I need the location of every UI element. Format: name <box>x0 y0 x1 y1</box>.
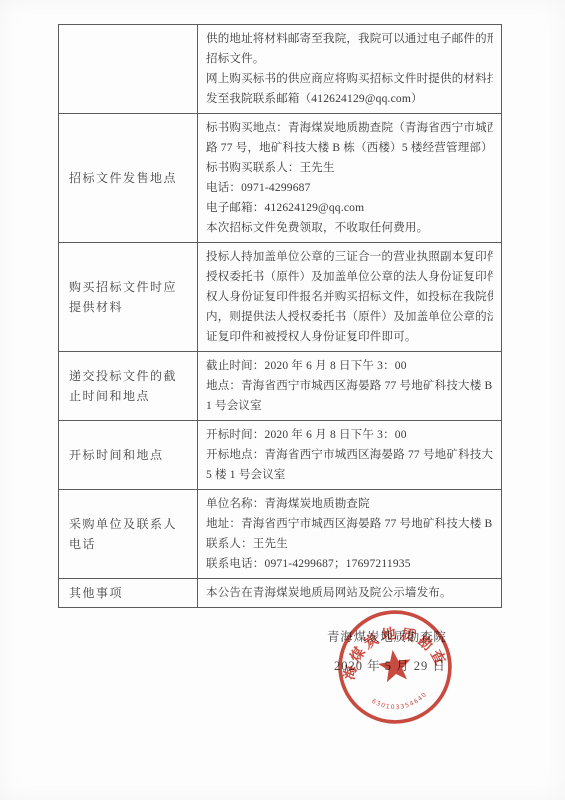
content-line: 供的地址将材料邮寄至我院，我院可以通过电子邮件的形式发放 <box>206 29 493 49</box>
row-content-cell: 截止时间：2020 年 6 月 8 日下午 3：00地点：青海省西宁市城西区海晏… <box>198 352 502 421</box>
table-row: 递交投标文件的截止时间和地点截止时间：2020 年 6 月 8 日下午 3：00… <box>59 352 502 421</box>
content-line: 本次招标文件免费领取，不收取任何费用。 <box>206 218 493 238</box>
row-content-cell: 供的地址将材料邮寄至我院，我院可以通过电子邮件的形式发放招标文件。网上购买标书的… <box>198 25 502 114</box>
content-line: 网上购买标书的供应商应将购买招标文件时提供的材料扫描后 <box>206 69 493 89</box>
content-line: 5 楼 1 号会议室 <box>206 465 493 485</box>
row-label: 开标时间和地点 <box>69 445 187 465</box>
content-line: 权人身份证复印件报名并购买招标文件，如投标在我院供应商库 <box>206 287 493 307</box>
content-line: 内，则提供法人授权委托书（原件）及加盖单位公章的法人身份 <box>206 307 493 327</box>
content-line: 发至我院联系邮箱（412624129@qq.com） <box>206 89 493 109</box>
table-row: 招标文件发售地点标书购买地点：青海煤炭地质勘查院（青海省西宁市城西区海晏路 77… <box>59 114 502 243</box>
content-line: 开标地点：青海省西宁市城西区海晏路 77 号地矿科技大楼 B 栋 <box>206 445 493 465</box>
content-line: 电子邮箱：412624129@qq.com <box>206 198 493 218</box>
content-line: 单位名称：青海煤炭地质勘查院 <box>206 494 493 514</box>
row-label-cell: 其他事项 <box>59 579 198 608</box>
content-line: 投标人持加盖单位公章的三证合一的营业执照副本复印件，法人 <box>206 247 493 267</box>
tender-announcement-table: 供的地址将材料邮寄至我院，我院可以通过电子邮件的形式发放招标文件。网上购买标书的… <box>58 24 502 608</box>
row-label: 购买招标文件时应提供材料 <box>69 277 187 317</box>
row-content-cell: 开标时间：2020 年 6 月 8 日下午 3：00开标地点：青海省西宁市城西区… <box>198 421 502 490</box>
content-line: 开标时间：2020 年 6 月 8 日下午 3：00 <box>206 425 493 445</box>
content-line: 授权委托书（原件）及加盖单位公章的法人身份证复印件和被授 <box>206 267 493 287</box>
table-row: 供的地址将材料邮寄至我院，我院可以通过电子邮件的形式发放招标文件。网上购买标书的… <box>59 25 502 114</box>
seal-star-icon <box>376 648 413 683</box>
row-content-cell: 投标人持加盖单位公章的三证合一的营业执照副本复印件，法人授权委托书（原件）及加盖… <box>198 243 502 352</box>
content-line: 1 号会议室 <box>206 396 493 416</box>
content-line: 联系人：王先生 <box>206 534 493 554</box>
content-line: 招标文件。 <box>206 49 493 69</box>
row-label-cell: 购买招标文件时应提供材料 <box>59 243 198 352</box>
scanned-document-page: 供的地址将材料邮寄至我院，我院可以通过电子邮件的形式发放招标文件。网上购买标书的… <box>0 0 565 800</box>
row-label-cell <box>59 25 198 114</box>
announcement-table-body: 供的地址将材料邮寄至我院，我院可以通过电子邮件的形式发放招标文件。网上购买标书的… <box>59 25 502 608</box>
seal-code-text: 630103354640 <box>370 690 431 715</box>
row-label-cell: 递交投标文件的截止时间和地点 <box>59 352 198 421</box>
row-content-cell: 标书购买地点：青海煤炭地质勘查院（青海省西宁市城西区海晏路 77 号，地矿科技大… <box>198 114 502 243</box>
content-line: 标书购买地点：青海煤炭地质勘查院（青海省西宁市城西区海晏 <box>206 118 493 138</box>
content-line: 联系电话：0971-4299687；17697211935 <box>206 554 493 574</box>
table-row: 购买招标文件时应提供材料投标人持加盖单位公章的三证合一的营业执照副本复印件，法人… <box>59 243 502 352</box>
table-row: 其他事项本公告在青海煤炭地质局网站及院公示墙发布。 <box>59 579 502 608</box>
content-line: 地点：青海省西宁市城西区海晏路 77 号地矿科技大楼 B 栋 5 楼 <box>206 376 493 396</box>
row-content-cell: 单位名称：青海煤炭地质勘查院地址：青海省西宁市城西区海晏路 77 号地矿科技大楼… <box>198 490 502 579</box>
content-line: 电话：0971-4299687 <box>206 178 493 198</box>
content-line: 证复印件和被授权人身份证复印件即可。 <box>206 327 493 347</box>
row-label: 招标文件发售地点 <box>69 168 187 188</box>
row-label-cell: 招标文件发售地点 <box>59 114 198 243</box>
content-line: 截止时间：2020 年 6 月 8 日下午 3：00 <box>206 356 493 376</box>
row-label-cell: 采购单位及联系人电话 <box>59 490 198 579</box>
content-line: 本公告在青海煤炭地质局网站及院公示墙发布。 <box>206 583 493 603</box>
table-row: 采购单位及联系人电话单位名称：青海煤炭地质勘查院地址：青海省西宁市城西区海晏路 … <box>59 490 502 579</box>
row-label: 递交投标文件的截止时间和地点 <box>69 366 187 406</box>
official-red-seal: 青海煤炭地质勘查院 630103354640 <box>334 606 456 728</box>
table-row: 开标时间和地点开标时间：2020 年 6 月 8 日下午 3：00开标地点：青海… <box>59 421 502 490</box>
content-line: 地址：青海省西宁市城西区海晏路 77 号地矿科技大楼 B 栋 5 楼 <box>206 514 493 534</box>
content-line: 路 77 号，地矿科技大楼 B 栋（西楼）5 楼经营管理部） <box>206 138 493 158</box>
row-label: 采购单位及联系人电话 <box>69 514 187 554</box>
row-label: 其他事项 <box>69 583 187 603</box>
row-content-cell: 本公告在青海煤炭地质局网站及院公示墙发布。 <box>198 579 502 608</box>
row-label-cell: 开标时间和地点 <box>59 421 198 490</box>
content-line: 标书购买联系人：王先生 <box>206 158 493 178</box>
